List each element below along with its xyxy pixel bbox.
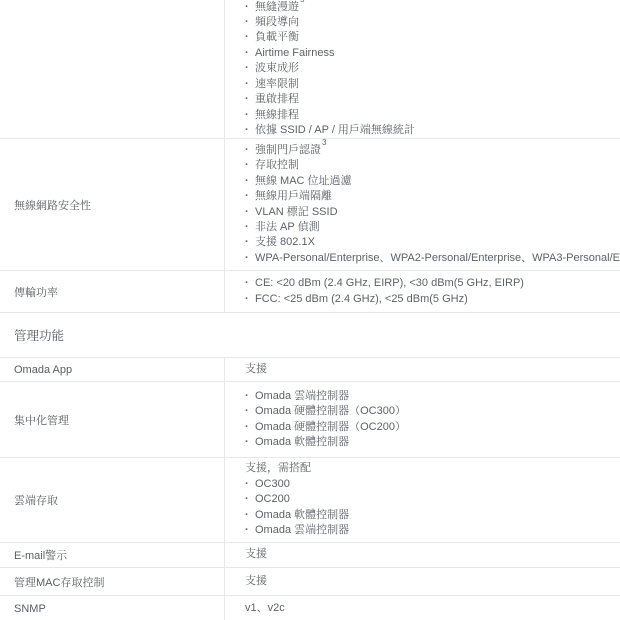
cloud-access-intro: 支援，需搭配 [245, 461, 620, 476]
row-value: 支援，需搭配 OC300 OC200 Omada 軟體控制器 Omada 雲端控… [225, 458, 620, 542]
row-label: 傳輸功率 [0, 271, 225, 312]
list-item: FCC: <25 dBm (2.4 GHz), <25 dBm(5 GHz) [245, 292, 620, 307]
list-item: CE: <20 dBm (2.4 GHz, EIRP), <30 dBm(5 G… [245, 276, 620, 291]
bullet-dot [245, 158, 249, 173]
list-item: OC300 [245, 477, 620, 492]
bullet-dot [245, 92, 249, 107]
row-label: E-mail警示 [0, 543, 225, 567]
list-item: 非法 AP 偵測 [245, 220, 620, 235]
list-item-text: Airtime Fairness [255, 47, 334, 59]
controller-list: Omada 雲端控制器 Omada 硬體控制器（OC300） Omada 硬體控… [245, 389, 620, 451]
list-item-text: Omada 軟體控制器 [255, 436, 349, 448]
list-item-text: 依據 SSID / AP / 用戶端無線統計 [255, 124, 415, 136]
list-item-text: Omada 雲端控制器 [255, 524, 349, 536]
bullet-dot [245, 108, 249, 123]
list-item-text: 頻段導向 [255, 16, 299, 28]
feature-list: 無縫漫遊5 頻段導向 負載平衡 Airtime Fairness 波束成形 速率… [245, 0, 620, 138]
bullet-dot [245, 30, 249, 45]
list-item-text: 非法 AP 偵測 [255, 221, 320, 233]
row-label: 雲端存取 [0, 458, 225, 542]
list-item-text: Omada 硬體控制器（OC300） [255, 405, 406, 417]
list-item-text: 負載平衡 [255, 31, 299, 43]
list-item-text: CE: <20 dBm (2.4 GHz, EIRP), <30 dBm(5 G… [255, 277, 524, 289]
row-label [0, 0, 225, 138]
list-item-text: Omada 軟體控制器 [255, 509, 349, 521]
row-label: Omada App [0, 358, 225, 381]
list-item-text: 無線排程 [255, 109, 299, 121]
footnote-superscript: 3 [322, 139, 326, 147]
list-item: 波束成形 [245, 61, 620, 76]
list-item: 無線用戶端隔離 [245, 189, 620, 204]
row-label: 集中化管理 [0, 382, 225, 457]
row-label: 管理MAC存取控制 [0, 568, 225, 595]
list-item: 強制門戶認證3 [245, 143, 620, 158]
footnote-superscript: 5 [300, 0, 304, 4]
list-item: 存取控制 [245, 158, 620, 173]
list-item: Omada 軟體控制器 [245, 508, 620, 523]
list-item-text: 存取控制 [255, 159, 299, 171]
row-wireless-features: 無縫漫遊5 頻段導向 負載平衡 Airtime Fairness 波束成形 速率… [0, 0, 620, 139]
list-item: VLAN 標記 SSID [245, 205, 620, 220]
cloud-access-list: OC300 OC200 Omada 軟體控制器 Omada 雲端控制器 [245, 477, 620, 539]
bullet-dot [245, 220, 249, 235]
bullet-dot [245, 235, 249, 250]
bullet-dot [245, 0, 249, 15]
bullet-dot [245, 123, 249, 138]
bullet-dot [245, 404, 249, 419]
list-item: 重啟排程 [245, 92, 620, 107]
row-value: CE: <20 dBm (2.4 GHz, EIRP), <30 dBm(5 G… [225, 271, 620, 312]
list-item: 頻段導向 [245, 15, 620, 30]
section-title: 管理功能 [14, 326, 64, 344]
row-wireless-security: 無線網路安全性 強制門戶認證3 存取控制 無線 MAC 位址過濾 無線用戶端隔離… [0, 139, 620, 271]
bullet-dot [245, 205, 249, 220]
row-value: 支援 [225, 543, 620, 567]
list-item-text: VLAN 標記 SSID [255, 206, 338, 218]
bullet-dot [245, 46, 249, 61]
bullet-dot [245, 435, 249, 450]
row-value: v1、v2c [225, 596, 620, 620]
row-value: 支援 [225, 358, 620, 381]
row-cloud-access: 雲端存取 支援，需搭配 OC300 OC200 Omada 軟體控制器 Omad… [0, 458, 620, 543]
list-item-text: 無線用戶端隔離 [255, 190, 332, 202]
list-item-text: 重啟排程 [255, 93, 299, 105]
list-item-text: 波束成形 [255, 62, 299, 74]
section-header-management: 管理功能 [0, 313, 620, 358]
row-value-text: 支援 [245, 574, 620, 589]
list-item: Airtime Fairness [245, 46, 620, 61]
row-value-text: 支援 [245, 362, 620, 377]
list-item-text: 支援 802.1X [255, 236, 315, 248]
list-item: 無線排程 [245, 108, 620, 123]
row-email-alert: E-mail警示 支援 [0, 543, 620, 568]
bullet-dot [245, 143, 249, 158]
list-item-text: 無線 MAC 位址過濾 [255, 175, 352, 187]
list-item: 支援 802.1X [245, 235, 620, 250]
power-list: CE: <20 dBm (2.4 GHz, EIRP), <30 dBm(5 G… [245, 276, 620, 307]
bullet-dot [245, 523, 249, 538]
spec-table: 無縫漫遊5 頻段導向 負載平衡 Airtime Fairness 波束成形 速率… [0, 0, 620, 620]
bullet-dot [245, 492, 249, 507]
row-snmp: SNMP v1、v2c [0, 596, 620, 620]
bullet-dot [245, 389, 249, 404]
row-value-text: 支援 [245, 547, 620, 562]
list-item: 速率限制 [245, 77, 620, 92]
list-item-text: OC200 [255, 493, 290, 505]
row-label: SNMP [0, 596, 225, 620]
bullet-dot [245, 477, 249, 492]
list-item-text: 速率限制 [255, 78, 299, 90]
bullet-dot [245, 420, 249, 435]
row-transmit-power: 傳輸功率 CE: <20 dBm (2.4 GHz, EIRP), <30 dB… [0, 271, 620, 313]
list-item: Omada 雲端控制器 [245, 389, 620, 404]
list-item: Omada 軟體控制器 [245, 435, 620, 450]
list-item-text: 無縫漫遊 [255, 1, 299, 13]
bullet-dot [245, 508, 249, 523]
list-item-text: WPA-Personal/Enterprise、WPA2-Personal/En… [255, 252, 620, 264]
row-value: 支援 [225, 568, 620, 595]
row-value: Omada 雲端控制器 Omada 硬體控制器（OC300） Omada 硬體控… [225, 382, 620, 457]
row-value: 無縫漫遊5 頻段導向 負載平衡 Airtime Fairness 波束成形 速率… [225, 0, 620, 138]
list-item-text: Omada 雲端控制器 [255, 390, 349, 402]
list-item: 依據 SSID / AP / 用戶端無線統計 [245, 123, 620, 138]
bullet-dot [245, 174, 249, 189]
list-item: 負載平衡 [245, 30, 620, 45]
row-centralized-management: 集中化管理 Omada 雲端控制器 Omada 硬體控制器（OC300） Oma… [0, 382, 620, 458]
list-item-text: 強制門戶認證 [255, 144, 321, 156]
list-item-text: Omada 硬體控制器（OC200） [255, 421, 406, 433]
row-value-text: v1、v2c [245, 601, 620, 616]
list-item: Omada 雲端控制器 [245, 523, 620, 538]
row-value: 強制門戶認證3 存取控制 無線 MAC 位址過濾 無線用戶端隔離 VLAN 標記… [225, 139, 620, 270]
list-item: Omada 硬體控制器（OC300） [245, 404, 620, 419]
list-item-text: OC300 [255, 478, 290, 490]
bullet-dot [245, 189, 249, 204]
security-list: 強制門戶認證3 存取控制 無線 MAC 位址過濾 無線用戶端隔離 VLAN 標記… [245, 143, 620, 266]
list-item: 無線 MAC 位址過濾 [245, 174, 620, 189]
list-item: Omada 硬體控制器（OC200） [245, 420, 620, 435]
bullet-dot [245, 292, 249, 307]
bullet-dot [245, 15, 249, 30]
bullet-dot [245, 61, 249, 76]
list-item: OC200 [245, 492, 620, 507]
bullet-dot [245, 77, 249, 92]
bullet-dot [245, 251, 249, 266]
bullet-dot [245, 276, 249, 291]
list-item: WPA-Personal/Enterprise、WPA2-Personal/En… [245, 251, 620, 266]
row-mac-access-control: 管理MAC存取控制 支援 [0, 568, 620, 596]
list-item-text: FCC: <25 dBm (2.4 GHz), <25 dBm(5 GHz) [255, 293, 468, 305]
row-label: 無線網路安全性 [0, 139, 225, 270]
list-item: 無縫漫遊5 [245, 0, 620, 15]
row-omada-app: Omada App 支援 [0, 358, 620, 382]
